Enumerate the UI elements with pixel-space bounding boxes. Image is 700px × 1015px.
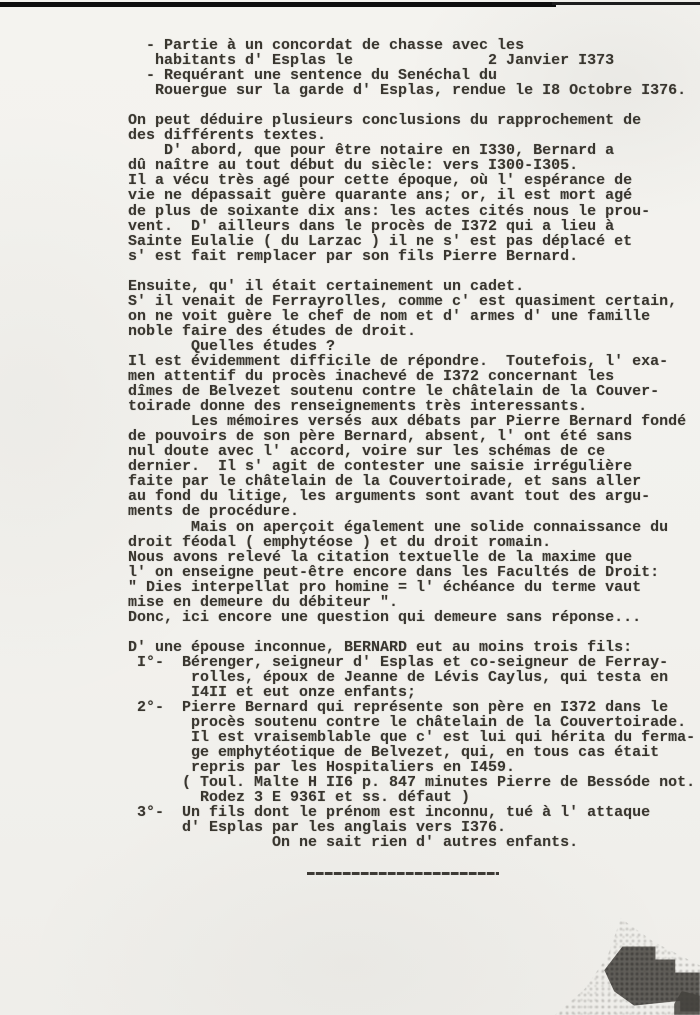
typed-separator-line bbox=[307, 872, 499, 875]
scan-corner-artifact bbox=[535, 897, 700, 1015]
scan-edge-artifact-top-thin bbox=[552, 2, 700, 5]
typed-text-body: - Partie à un concordat de chasse avec l… bbox=[128, 38, 695, 851]
scan-edge-artifact-top bbox=[0, 2, 556, 7]
scanned-document-page: - Partie à un concordat de chasse avec l… bbox=[0, 0, 700, 1015]
